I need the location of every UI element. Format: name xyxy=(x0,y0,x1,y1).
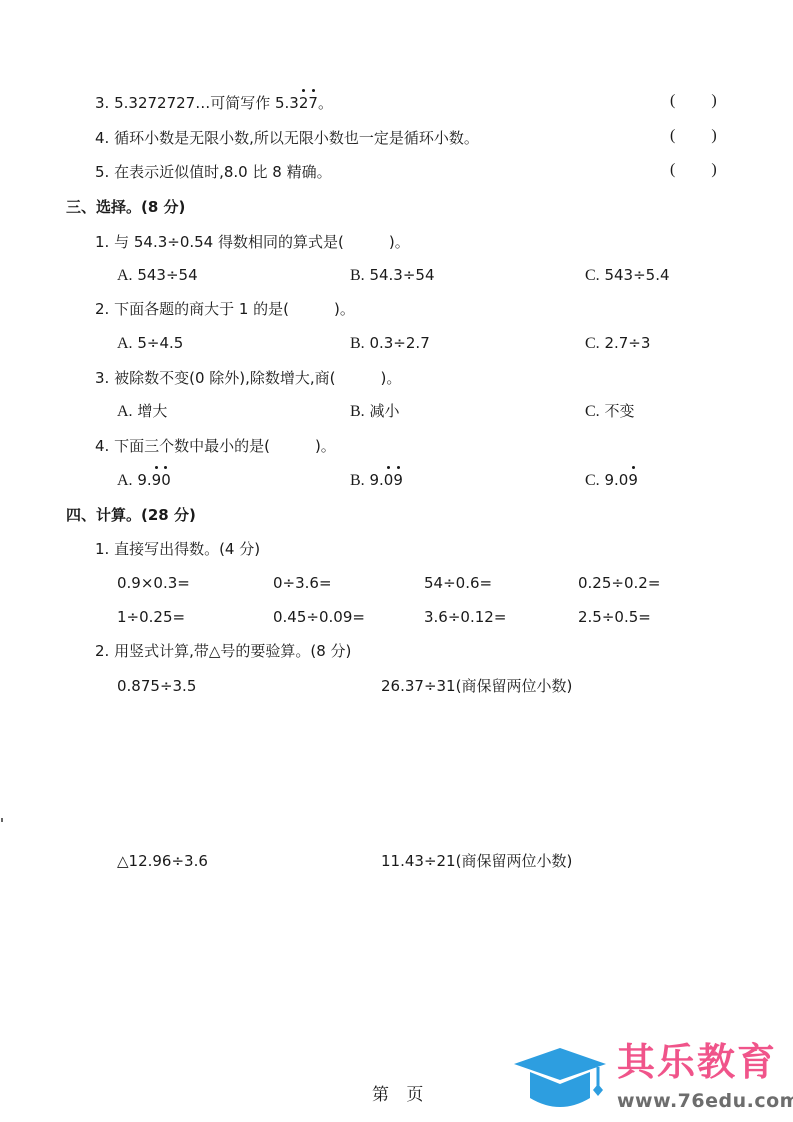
oral-calc-1: 0.9×0.3= xyxy=(117,573,190,593)
oral-calc-4: 0.25÷0.2= xyxy=(578,573,660,593)
part-1-title: 1. 直接写出得数。(4 分) xyxy=(95,539,260,559)
answer-paren-5[interactable]: () xyxy=(670,161,717,179)
q3-1: 1. 与 54.3÷0.54 得数相同的算式是( )。 xyxy=(95,232,410,252)
tf-item-5-num: 5. xyxy=(95,163,109,181)
q3-4-option-b[interactable]: B. 9.09 xyxy=(350,470,403,491)
repeat-dot-digit: 0 xyxy=(384,470,394,490)
q3-2-option-c[interactable]: C. 2.7÷3 xyxy=(585,333,650,354)
q3-3: 3. 被除数不变(0 除外),除数增大,商( )。 xyxy=(95,368,401,388)
tf-item-3-text: 5.3272727…可简写作 5.3 xyxy=(114,94,299,112)
answer-paren-4[interactable]: () xyxy=(670,127,717,145)
repeat-dot-digit: 2 xyxy=(299,93,309,113)
oral-calc-5: 1÷0.25= xyxy=(117,607,185,627)
repeat-dot-digit: 9 xyxy=(628,470,638,490)
tf-item-4-text: 循环小数是无限小数,所以无限小数也一定是循环小数。 xyxy=(114,129,479,147)
q3-2-option-a[interactable]: A. 5÷4.5 xyxy=(117,333,183,354)
tf-item-4-num: 4. xyxy=(95,129,109,147)
tf-item-4: 4. 循环小数是无限小数,所以无限小数也一定是循环小数。 xyxy=(95,128,479,148)
vertical-calc-4: 11.43÷21(商保留两位小数) xyxy=(381,851,572,871)
page-number-label: 第 页 xyxy=(372,1080,429,1105)
scan-artifact xyxy=(1,818,3,822)
tf-item-5-text: 在表示近似值时,8.0 比 8 精确。 xyxy=(114,163,331,181)
repeat-dot-digit: 0 xyxy=(161,470,171,490)
oral-calc-2: 0÷3.6= xyxy=(273,573,332,593)
tf-item-3: 3. 5.3272727…可简写作 5.327。 xyxy=(95,93,333,113)
q3-3-option-c[interactable]: C. 不变 xyxy=(585,401,634,422)
vertical-calc-3: △12.96÷3.6 xyxy=(117,851,208,871)
repeat-dot-digit: 9 xyxy=(393,470,403,490)
q3-2: 2. 下面各题的商大于 1 的是( )。 xyxy=(95,299,355,319)
section-4-title: 四、计算。(28 分) xyxy=(66,505,196,525)
tf-item-5: 5. 在表示近似值时,8.0 比 8 精确。 xyxy=(95,162,332,182)
repeat-dot-digit: 9 xyxy=(152,470,162,490)
q3-4: 4. 下面三个数中最小的是( )。 xyxy=(95,436,336,456)
section-3-title: 三、选择。(8 分) xyxy=(66,197,185,217)
oral-calc-6: 0.45÷0.09= xyxy=(273,607,365,627)
repeat-dot-digit: 7 xyxy=(308,93,318,113)
q3-3-option-a[interactable]: A. 增大 xyxy=(117,401,167,422)
logo-name: 其乐教育 xyxy=(617,1040,777,1084)
oral-calc-7: 3.6÷0.12= xyxy=(424,607,506,627)
tf-item-3-num: 3. xyxy=(95,94,109,112)
q3-1-option-b[interactable]: B. 54.3÷54 xyxy=(350,265,435,286)
q3-2-option-b[interactable]: B. 0.3÷2.7 xyxy=(350,333,430,354)
q3-1-option-a[interactable]: A. 543÷54 xyxy=(117,265,198,286)
vertical-calc-2: 26.37÷31(商保留两位小数) xyxy=(381,676,572,696)
q3-3-option-b[interactable]: B. 减小 xyxy=(350,401,399,422)
logo-url: www.76edu.com xyxy=(617,1090,793,1112)
q3-4-option-a[interactable]: A. 9.90 xyxy=(117,470,171,491)
part-2-title: 2. 用竖式计算,带△号的要验算。(8 分) xyxy=(95,641,351,661)
answer-paren-3[interactable]: () xyxy=(670,92,717,110)
oral-calc-3: 54÷0.6= xyxy=(424,573,492,593)
q3-1-option-c[interactable]: C. 543÷5.4 xyxy=(585,265,670,286)
oral-calc-8: 2.5÷0.5= xyxy=(578,607,651,627)
vertical-calc-1: 0.875÷3.5 xyxy=(117,676,196,696)
q3-4-option-c[interactable]: C. 9.09 xyxy=(585,470,638,491)
graduation-cap-icon xyxy=(512,1046,608,1112)
